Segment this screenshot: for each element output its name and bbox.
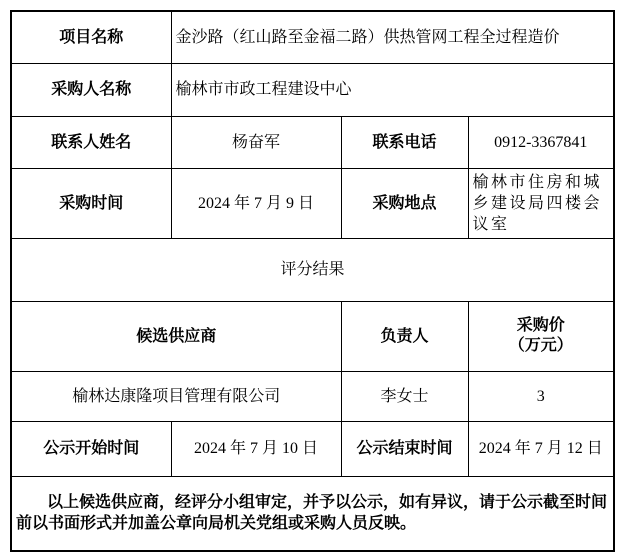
price-column-header: 采购价 （万元） bbox=[468, 301, 614, 371]
project-name-value: 金沙路（红山路至金福二路）供热管网工程全过程造价 bbox=[171, 11, 614, 63]
table-row: 评分结果 bbox=[11, 238, 614, 301]
table-row: 公示开始时间 2024 年 7 月 10 日 公示结束时间 2024 年 7 月… bbox=[11, 421, 614, 476]
price-header-line1: 采购价 bbox=[473, 316, 610, 336]
table-row: 项目名称 金沙路（红山路至金福二路）供热管网工程全过程造价 bbox=[11, 11, 614, 63]
contact-phone-label: 联系电话 bbox=[341, 116, 468, 168]
supplier-name-cell: 榆林达康隆项目管理有限公司 bbox=[11, 371, 341, 421]
publicity-start-label: 公示开始时间 bbox=[11, 421, 171, 476]
contact-name-label: 联系人姓名 bbox=[11, 116, 171, 168]
purchase-place-value: 榆林市住房和城乡建设局四楼会议室 bbox=[468, 168, 614, 238]
score-result-section-title: 评分结果 bbox=[11, 238, 614, 301]
table-row: 候选供应商 负责人 采购价 （万元） bbox=[11, 301, 614, 371]
purchaser-name-label: 采购人名称 bbox=[11, 63, 171, 116]
person-name-cell: 李女士 bbox=[341, 371, 468, 421]
contact-phone-value: 0912-3367841 bbox=[468, 116, 614, 168]
publicity-end-value: 2024 年 7 月 12 日 bbox=[468, 421, 614, 476]
procurement-result-table: 项目名称 金沙路（红山路至金福二路）供热管网工程全过程造价 采购人名称 榆林市市… bbox=[10, 10, 615, 552]
price-header-line2: （万元） bbox=[473, 336, 610, 356]
table-row: 采购人名称 榆林市市政工程建设中心 bbox=[11, 63, 614, 116]
notice-paragraph: 以上候选供应商，经评分小组审定，并予以公示，如有异议，请于公示截至时间前以书面形… bbox=[16, 492, 609, 534]
purchase-place-label: 采购地点 bbox=[341, 168, 468, 238]
project-name-label: 项目名称 bbox=[11, 11, 171, 63]
purchase-time-value: 2024 年 7 月 9 日 bbox=[171, 168, 341, 238]
table-row: 采购时间 2024 年 7 月 9 日 采购地点 榆林市住房和城乡建设局四楼会议… bbox=[11, 168, 614, 238]
notice-cell: 以上候选供应商，经评分小组审定，并予以公示，如有异议，请于公示截至时间前以书面形… bbox=[11, 476, 614, 551]
publicity-start-value: 2024 年 7 月 10 日 bbox=[171, 421, 341, 476]
contact-name-value: 杨奋军 bbox=[171, 116, 341, 168]
supplier-column-header: 候选供应商 bbox=[11, 301, 341, 371]
purchase-time-label: 采购时间 bbox=[11, 168, 171, 238]
purchaser-name-value: 榆林市市政工程建设中心 bbox=[171, 63, 614, 116]
table-row: 联系人姓名 杨奋军 联系电话 0912-3367841 bbox=[11, 116, 614, 168]
price-value-cell: 3 bbox=[468, 371, 614, 421]
publicity-end-label: 公示结束时间 bbox=[341, 421, 468, 476]
table-row: 以上候选供应商，经评分小组审定，并予以公示，如有异议，请于公示截至时间前以书面形… bbox=[11, 476, 614, 551]
table-row: 榆林达康隆项目管理有限公司 李女士 3 bbox=[11, 371, 614, 421]
person-column-header: 负责人 bbox=[341, 301, 468, 371]
